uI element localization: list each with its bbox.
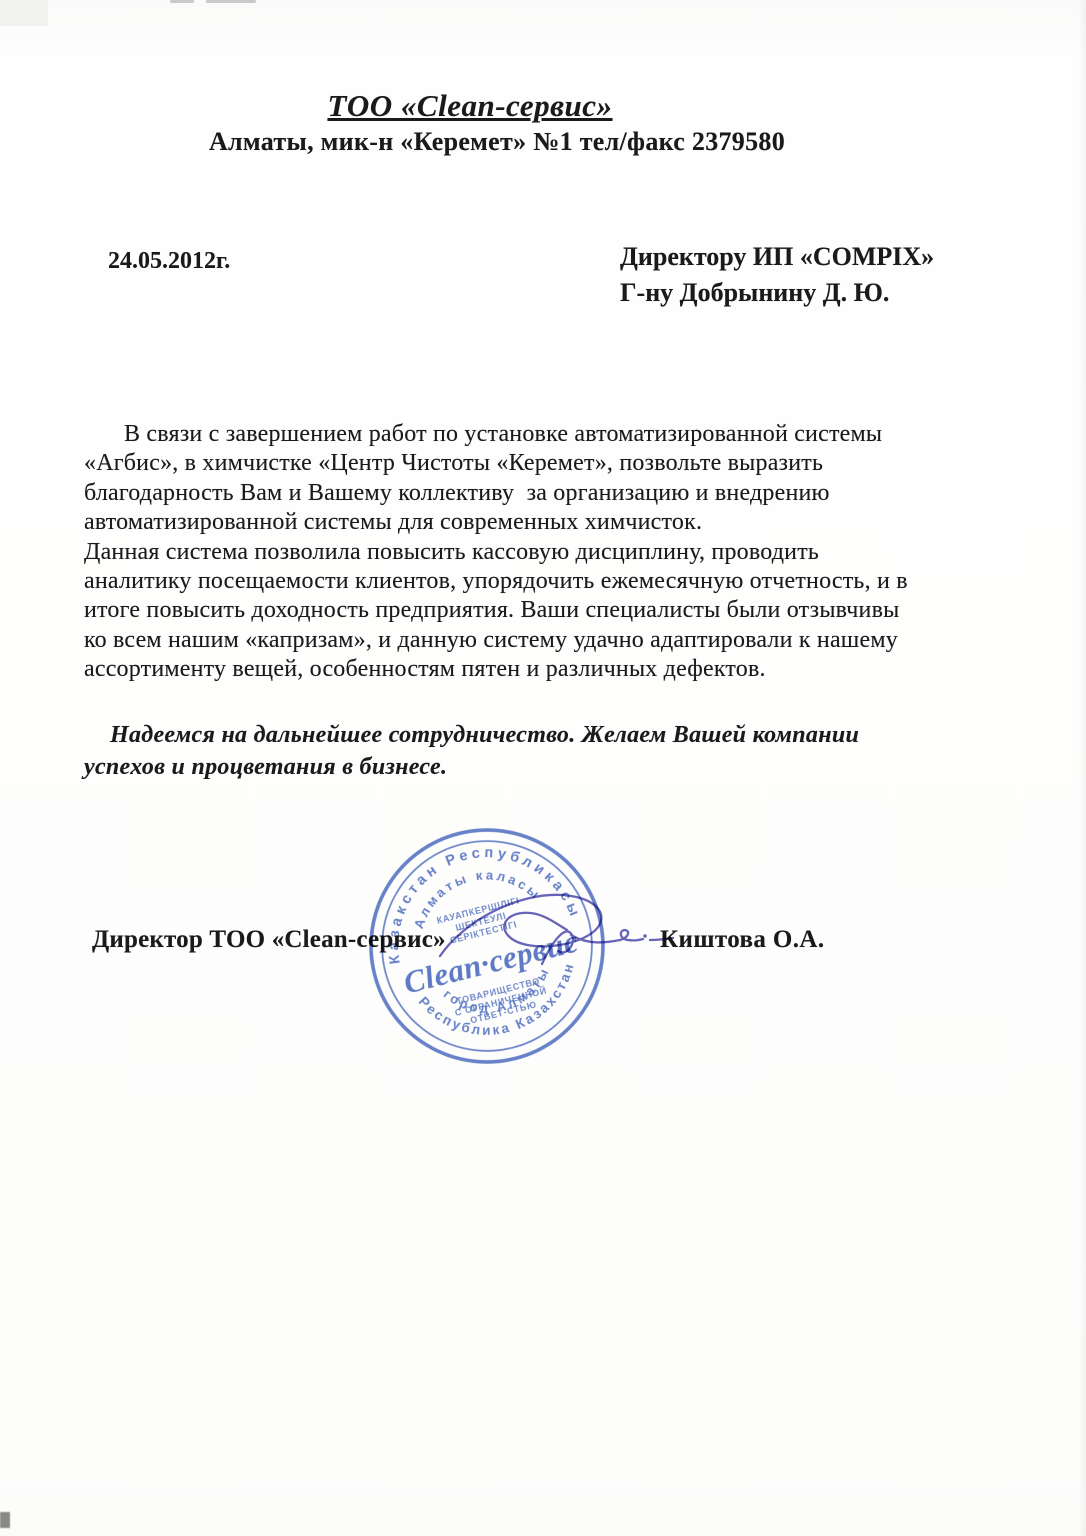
body-line: аналитику посещаемости клиентов, упорядо… <box>84 567 1004 596</box>
handwritten-signature <box>425 878 675 996</box>
scan-artifact <box>0 0 48 26</box>
signatory-name: Киштова О.А. <box>660 926 825 954</box>
scan-artifact <box>206 0 256 3</box>
addressee-line-2: Г-ну Добрынину Д. Ю. <box>620 275 934 311</box>
body-line: ассортименту вещей, особенностям пятен и… <box>84 655 1004 684</box>
scan-artifact <box>0 1512 10 1528</box>
body-line: ко всем нашим «капризам», и данную систе… <box>84 626 1004 655</box>
scan-artifact <box>170 0 194 3</box>
letter-date: 24.05.2012г. <box>108 248 230 275</box>
closing-line: Надеемся на дальнейшее сотрудничество. Ж… <box>84 719 859 751</box>
body-line: Данная система позволила повысить кассов… <box>84 538 1004 567</box>
body-line: «Агбис», в химчистке «Центр Чистоты «Кер… <box>84 449 1004 478</box>
closing-paragraph: Надеемся на дальнейшее сотрудничество. Ж… <box>84 719 859 783</box>
scanned-letter-page: ТОО «Clean-сервис» Алматы, мик-н «Кереме… <box>0 0 1086 1536</box>
body-line: благодарность Вам и Вашему коллективу за… <box>84 479 1004 508</box>
scan-artifact <box>1078 0 1086 1536</box>
body-line: итоге повысить доходность предприятия. В… <box>84 596 1004 625</box>
closing-line: успехов и процветания в бизнесе. <box>84 751 859 783</box>
letter-body: В связи с завершением работ по установке… <box>84 420 1004 685</box>
body-line: В связи с завершением работ по установке… <box>84 420 1004 449</box>
letterhead-address-line: Алматы, мик-н «Керемет» №1 тел/факс 2379… <box>127 127 867 157</box>
addressee-line-1: Директору ИП «COMPIX» <box>620 239 934 275</box>
body-line: автоматизированной системы для современн… <box>84 508 1004 537</box>
letterhead-company-title: ТОО «Clean-сервис» <box>130 88 810 124</box>
addressee-block: Директору ИП «COMPIX» Г-ну Добрынину Д. … <box>620 239 934 311</box>
